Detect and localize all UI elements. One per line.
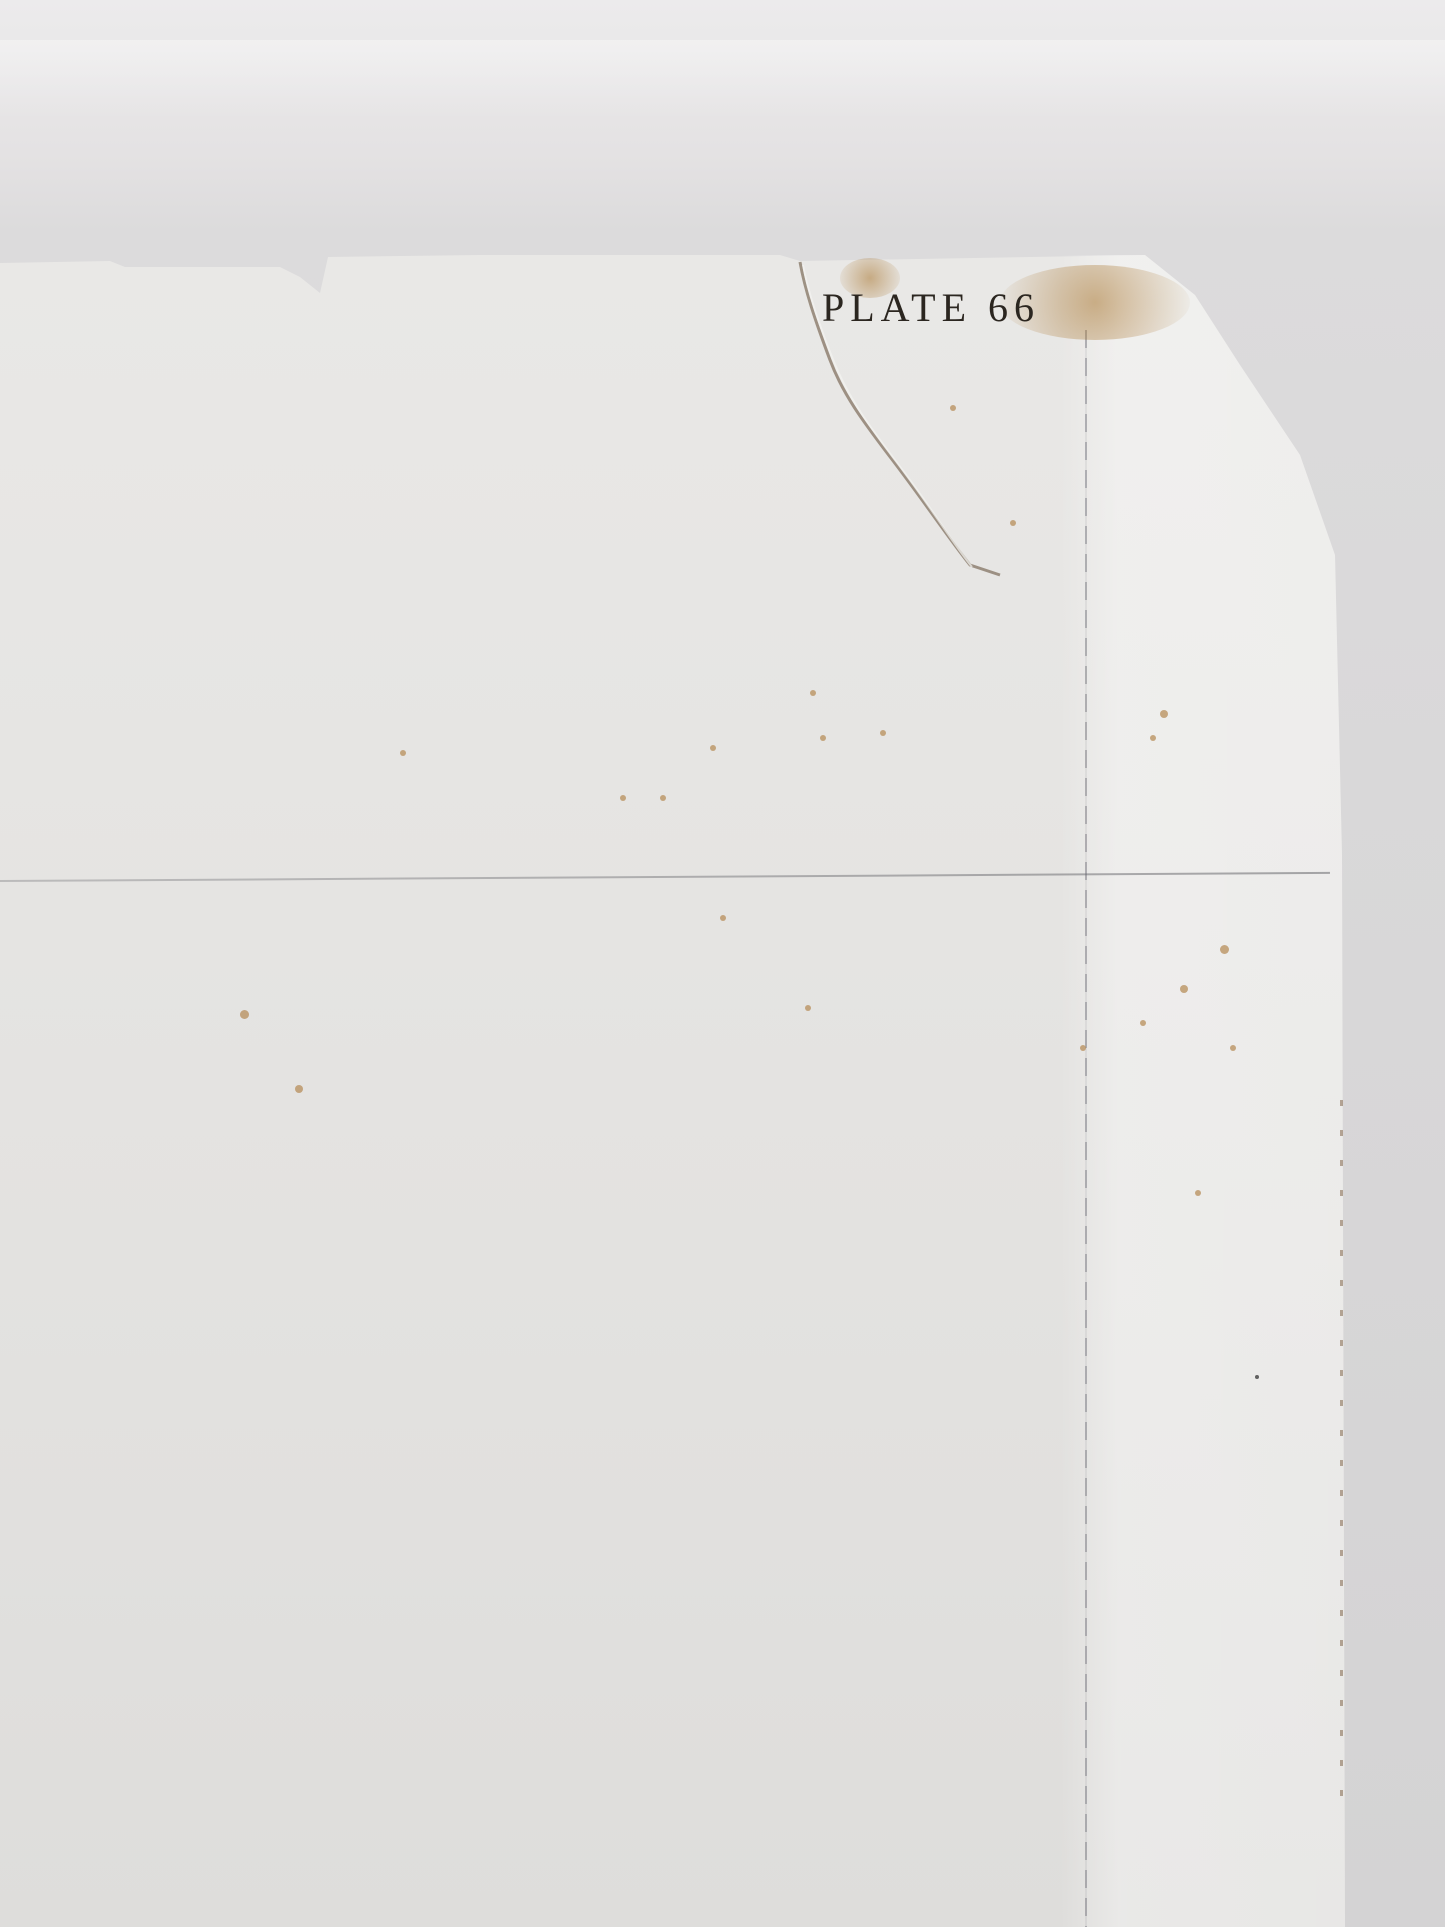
foxing-spot [1180, 985, 1188, 993]
foxing-spot [1195, 1190, 1201, 1196]
foxing-spot [240, 1010, 249, 1019]
foxing-spot [400, 750, 406, 756]
foxing-spot [1255, 1375, 1259, 1379]
background-surface [0, 40, 1445, 120]
foxing-spot [1230, 1045, 1236, 1051]
foxing-spot [1160, 710, 1168, 718]
foxing-spot [810, 690, 816, 696]
paper-edge-discoloration [1340, 1100, 1343, 1800]
foxing-spot [1140, 1020, 1146, 1026]
foxing-spot [720, 915, 726, 921]
foxing-spot [295, 1085, 303, 1093]
pencil-guide-vertical [1085, 330, 1087, 1927]
foxing-spot [1220, 945, 1229, 954]
foxing-spot [1080, 1045, 1086, 1051]
foxing-spot [1010, 520, 1016, 526]
foxing-spot [820, 735, 826, 741]
foxing-spot [805, 1005, 811, 1011]
foxing-spot [660, 795, 666, 801]
foxing-spot [620, 795, 626, 801]
foxing-spot [710, 745, 716, 751]
foxing-spot [1150, 735, 1156, 741]
paper-margin-highlight [1060, 255, 1350, 1927]
foxing-spot [880, 730, 886, 736]
foxing-spot [950, 405, 956, 411]
plate-number-label: PLATE 66 [822, 284, 1040, 331]
